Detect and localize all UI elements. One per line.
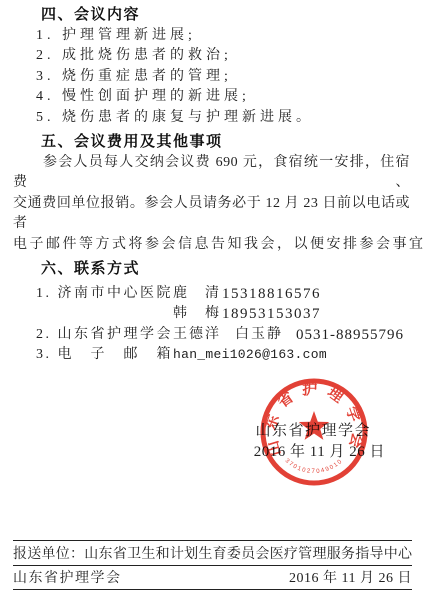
contact-person-name: 鹿 清 — [173, 284, 221, 305]
contact-org-label: 1. 济南市中心医院 — [36, 284, 173, 305]
agenda-item-3: 3. 烧伤重症患者的管理; — [13, 67, 410, 88]
section5-heading: 五、会议费用及其他事项 — [13, 132, 410, 153]
contact-person-name: 韩 梅 — [173, 304, 221, 325]
seal-star-icon — [299, 411, 329, 440]
contact-row-email: 3. 电 子 邮 箱 han_mei1026@163.com — [13, 345, 410, 366]
agenda-item-2: 2. 成批烧伤患者的救治; — [13, 46, 410, 67]
contact-email-address: han_mei1026@163.com — [173, 345, 327, 366]
contact-person-name-2: 白玉静 — [235, 325, 283, 346]
contact-row-association: 2. 山东省护理学会 王德洋 白玉静 0531-88955796 — [13, 325, 410, 346]
document-body: 四、会议内容 1. 护理管理新进展; 2. 成批烧伤患者的救治; 3. 烧伤重症… — [13, 5, 410, 366]
contact-phone-number: 15318816576 — [222, 284, 321, 305]
contact-row-hospital: 1. 济南市中心医院 鹿 清 15318816576 — [13, 284, 410, 305]
fee-paragraph-line-1: 参会人员每人交纳会议费 690 元，食宿统一安排，住宿费、 — [13, 153, 410, 194]
section4-heading: 四、会议内容 — [13, 5, 410, 26]
section6-heading: 六、联系方式 — [13, 259, 410, 280]
official-seal: 山东省护理学会 3701027049010 — [259, 377, 369, 487]
seal-code-text: 3701027049010 — [284, 458, 345, 475]
footer-organization: 山东省护理学会 — [13, 569, 122, 588]
footer-signature-line: 山东省护理学会 2016 年 11 月 26 日 — [13, 569, 412, 590]
document-footer: 报送单位：山东省卫生和计划生育委员会医疗管理服务指导中心 山东省护理学会 201… — [13, 540, 412, 590]
agenda-item-4: 4. 慢性创面护理的新进展; — [13, 87, 410, 108]
footer-date: 2016 年 11 月 26 日 — [289, 569, 412, 588]
footer-divider — [13, 540, 412, 541]
contact-row-hospital-2: 韩 梅 18953153037 — [13, 304, 410, 325]
contact-phone-number: 18953153037 — [222, 304, 321, 325]
document-page: 四、会议内容 1. 护理管理新进展; 2. 成批烧伤患者的救治; 3. 烧伤重症… — [0, 0, 423, 598]
agenda-item-1: 1. 护理管理新进展; — [13, 26, 410, 47]
contact-org-label: 2. 山东省护理学会 — [36, 325, 173, 346]
fee-paragraph-line-2: 交通费回单位报销。参会人员请务必于 12 月 23 日前以电话或者 — [13, 194, 410, 235]
agenda-item-5: 5. 烧伤患者的康复与护理新进展。 — [13, 108, 410, 129]
footer-report-line: 报送单位：山东省卫生和计划生育委员会医疗管理服务指导中心 — [13, 545, 412, 566]
contact-phone-number: 0531-88955796 — [296, 325, 404, 346]
contact-person-name: 王德洋 — [173, 325, 221, 346]
fee-paragraph-line-3: 电子邮件等方式将参会信息告知我会，以便安排参会事宜。 — [13, 235, 410, 256]
contact-email-label: 3. 电 子 邮 箱 — [36, 345, 173, 366]
